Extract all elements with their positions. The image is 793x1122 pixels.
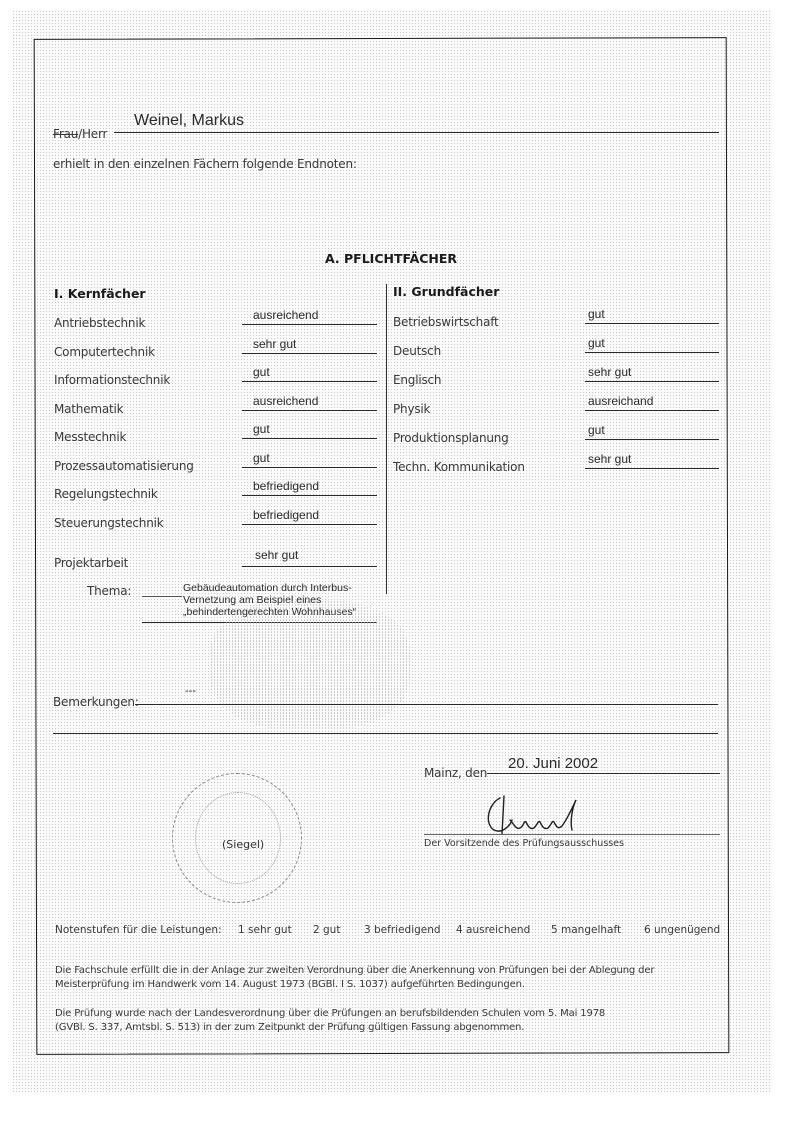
signature-line — [424, 834, 720, 835]
salutation-rest: /Herr — [78, 127, 107, 141]
subject-name: Englisch — [393, 373, 441, 387]
subject-name: Steuerungstechnik — [54, 516, 164, 530]
projekt-label: Projektarbeit — [54, 556, 128, 570]
grading-scale-item: 2 gut — [313, 924, 340, 936]
subject-grade: gut — [253, 451, 270, 465]
salutation-label: Frau/Herr — [53, 127, 107, 141]
projekt-grade: sehr gut — [255, 548, 298, 562]
grade-underline — [242, 353, 377, 354]
grade-underline — [585, 468, 719, 469]
subject-grade: befriedigend — [253, 508, 319, 522]
subject-grade: gut — [588, 307, 605, 321]
subject-grade: befriedigend — [253, 479, 319, 493]
footer-paragraph-2: Die Prüfung wurde nach der Landesverordn… — [55, 1007, 605, 1035]
footer-p2-line-1: Die Prüfung wurde nach der Landesverordn… — [55, 1007, 605, 1021]
subject-name: Betriebswirtschaft — [393, 315, 499, 329]
subject-grade: sehr gut — [588, 452, 631, 466]
subject-name: Physik — [393, 402, 430, 416]
place-label: Mainz, den — [424, 766, 487, 780]
column-divider — [386, 284, 387, 594]
footer-p1-line-1: Die Fachschule erfüllt die in der Anlage… — [55, 964, 654, 978]
thema-line-1: Gebäudeautomation durch Interbus- — [183, 582, 356, 594]
projekt-grade-underline — [242, 566, 377, 567]
grading-scale-item: 1 sehr gut — [238, 924, 292, 936]
signature-caption: Der Vorsitzende des Prüfungsausschusses — [424, 838, 624, 849]
grundfaecher-title: II. Grundfächer — [393, 284, 499, 299]
subject-grade: sehr gut — [253, 337, 296, 351]
signature-mark — [480, 790, 590, 840]
subject-grade: gut — [253, 365, 270, 379]
grade-underline — [242, 410, 377, 411]
document-border — [34, 37, 730, 1055]
name-underline — [114, 132, 719, 133]
intro-text: erhielt in den einzelnen Fächern folgend… — [53, 157, 357, 171]
candidate-name: Weinel, Markus — [134, 112, 244, 130]
official-seal: (Siegel) — [172, 773, 302, 903]
remarks-line-2 — [53, 733, 718, 734]
subject-name: Regelungstechnik — [54, 487, 158, 501]
grade-underline — [242, 495, 377, 496]
grade-underline — [242, 381, 377, 382]
grading-scale-item: 3 befriedigend — [364, 924, 441, 936]
grade-underline — [585, 352, 719, 353]
footer-paragraph-1: Die Fachschule erfüllt die in der Anlage… — [55, 964, 654, 992]
subject-grade: ausreichend — [253, 394, 318, 408]
subject-name: Mathematik — [54, 402, 123, 416]
grade-underline — [242, 524, 377, 525]
footer-p1-line-2: Meisterprüfung im Handwerk vom 14. Augus… — [55, 978, 654, 992]
grade-underline — [585, 439, 719, 440]
subject-name: Antriebstechnik — [54, 316, 145, 330]
date-underline — [487, 773, 720, 774]
subject-grade: ausreichend — [253, 308, 318, 322]
grading-scale-label: Notenstufen für die Leistungen: — [55, 924, 222, 936]
grade-underline — [242, 467, 377, 468]
subject-name: Deutsch — [393, 344, 441, 358]
salutation-struck: Frau — [53, 127, 78, 141]
issue-date: 20. Juni 2002 — [508, 755, 598, 772]
subject-grade: ausreichand — [588, 394, 653, 408]
subject-name: Messtechnik — [54, 430, 126, 444]
grade-underline — [585, 410, 719, 411]
grade-underline — [242, 324, 377, 325]
thema-label: Thema: — [87, 584, 131, 598]
remarks-line-1 — [135, 704, 718, 705]
kernfaecher-title: I. Kernfächer — [54, 286, 146, 301]
subject-grade: gut — [253, 422, 270, 436]
seal-label: (Siegel) — [222, 838, 264, 851]
remarks-value: --- — [185, 685, 196, 697]
grade-underline — [242, 438, 377, 439]
section-title: A. PFLICHTFÄCHER — [325, 251, 457, 266]
footer-p2-line-2: (GVBl. S. 337, Amtsbl. S. 513) in der zu… — [55, 1021, 605, 1035]
thema-lead-line — [142, 596, 182, 597]
subject-name: Techn. Kommunikation — [393, 460, 525, 474]
subject-grade: gut — [588, 423, 605, 437]
subject-name: Prozessautomatisierung — [54, 459, 194, 473]
remarks-label: Bemerkungen: — [53, 695, 139, 709]
grade-underline — [585, 381, 719, 382]
grading-scale-item: 5 mangelhaft — [551, 924, 621, 936]
subject-name: Informationstechnik — [54, 373, 170, 387]
watermark — [210, 600, 410, 730]
grading-scale-item: 4 ausreichend — [456, 924, 530, 936]
grade-underline — [585, 323, 719, 324]
subject-grade: gut — [588, 336, 605, 350]
subject-grade: sehr gut — [588, 365, 631, 379]
subject-name: Computertechnik — [54, 345, 155, 359]
grading-scale-item: 6 ungenügend — [644, 924, 720, 936]
subject-name: Produktionsplanung — [393, 431, 509, 445]
